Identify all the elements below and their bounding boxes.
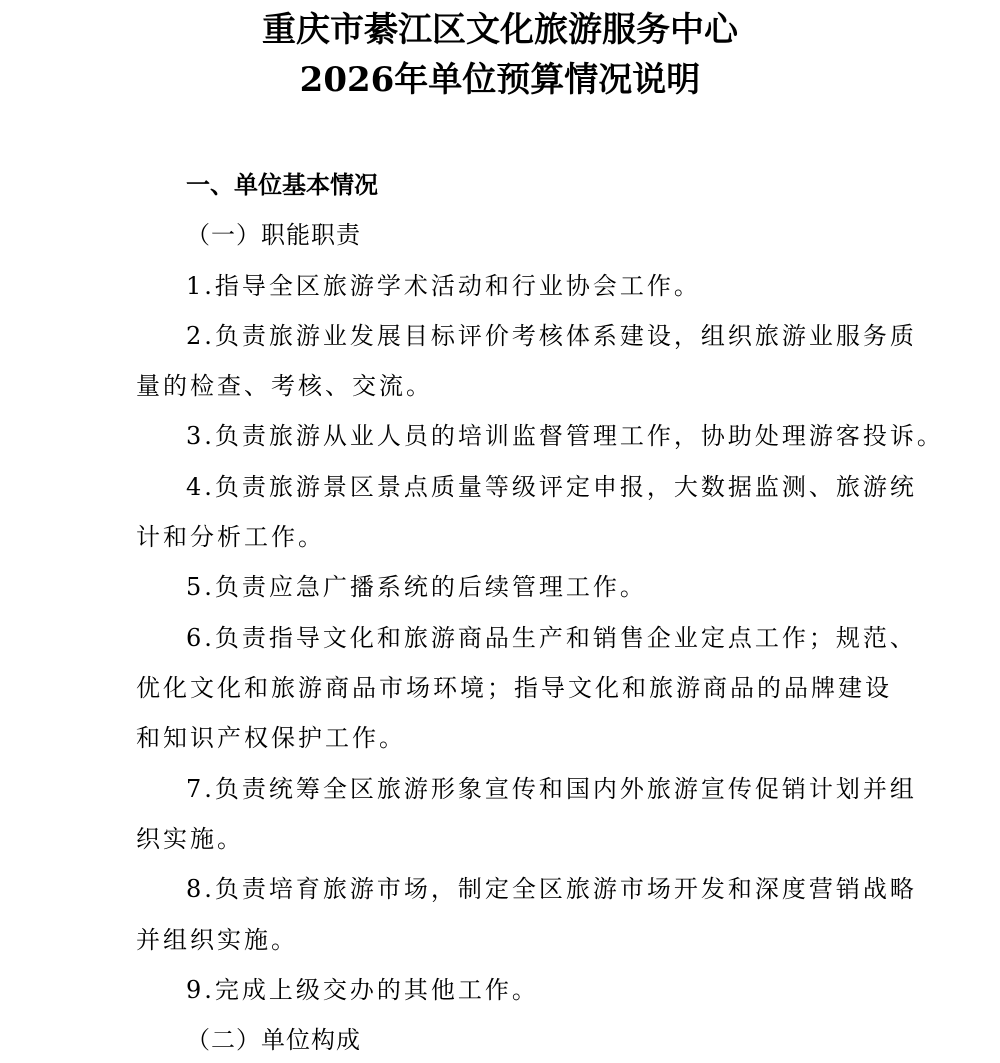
paragraph-line: 4.负责旅游景区景点质量等级评定申报，大数据监测、旅游统	[186, 472, 917, 502]
paragraph-line: 优化文化和旅游商品市场环境；指导文化和旅游商品的品牌建设	[136, 673, 892, 703]
paragraph-line: 并组织实施。	[136, 925, 298, 955]
paragraph-line: 和知识产权保护工作。	[136, 723, 406, 753]
paragraph-line: 8.负责培育旅游市场，制定全区旅游市场开发和深度营销战略	[186, 874, 917, 904]
paragraph-line: 1.指导全区旅游学术活动和行业协会工作。	[186, 271, 701, 301]
paragraph-line: 7.负责统筹全区旅游形象宣传和国内外旅游宣传促销计划并组	[186, 774, 917, 804]
paragraph-line: 9.完成上级交办的其他工作。	[186, 975, 539, 1005]
document-title-line2: 2026年单位预算情况说明	[0, 60, 1000, 100]
subsection-heading-functions: （一）职能职责	[186, 220, 361, 250]
paragraph-line: 2.负责旅游业发展目标评价考核体系建设，组织旅游业服务质	[186, 321, 917, 351]
paragraph-line: 织实施。	[136, 824, 244, 854]
paragraph-line: 5.负责应急广播系统的后续管理工作。	[186, 572, 647, 602]
document-title-line1: 重庆市綦江区文化旅游服务中心	[0, 10, 1000, 50]
section-heading-basic-info: 一、单位基本情况	[186, 170, 378, 200]
paragraph-line: 计和分析工作。	[136, 522, 325, 552]
document-page: 重庆市綦江区文化旅游服务中心 2026年单位预算情况说明 一、单位基本情况 （一…	[0, 0, 1000, 1063]
paragraph-line: 6.负责指导文化和旅游商品生产和销售企业定点工作；规范、	[186, 623, 917, 653]
paragraph-line: 3.负责旅游从业人员的培训监督管理工作，协助处理游客投诉。	[186, 421, 944, 451]
subsection-heading-composition: （二）单位构成	[186, 1025, 361, 1055]
paragraph-line: 量的检查、考核、交流。	[136, 371, 433, 401]
